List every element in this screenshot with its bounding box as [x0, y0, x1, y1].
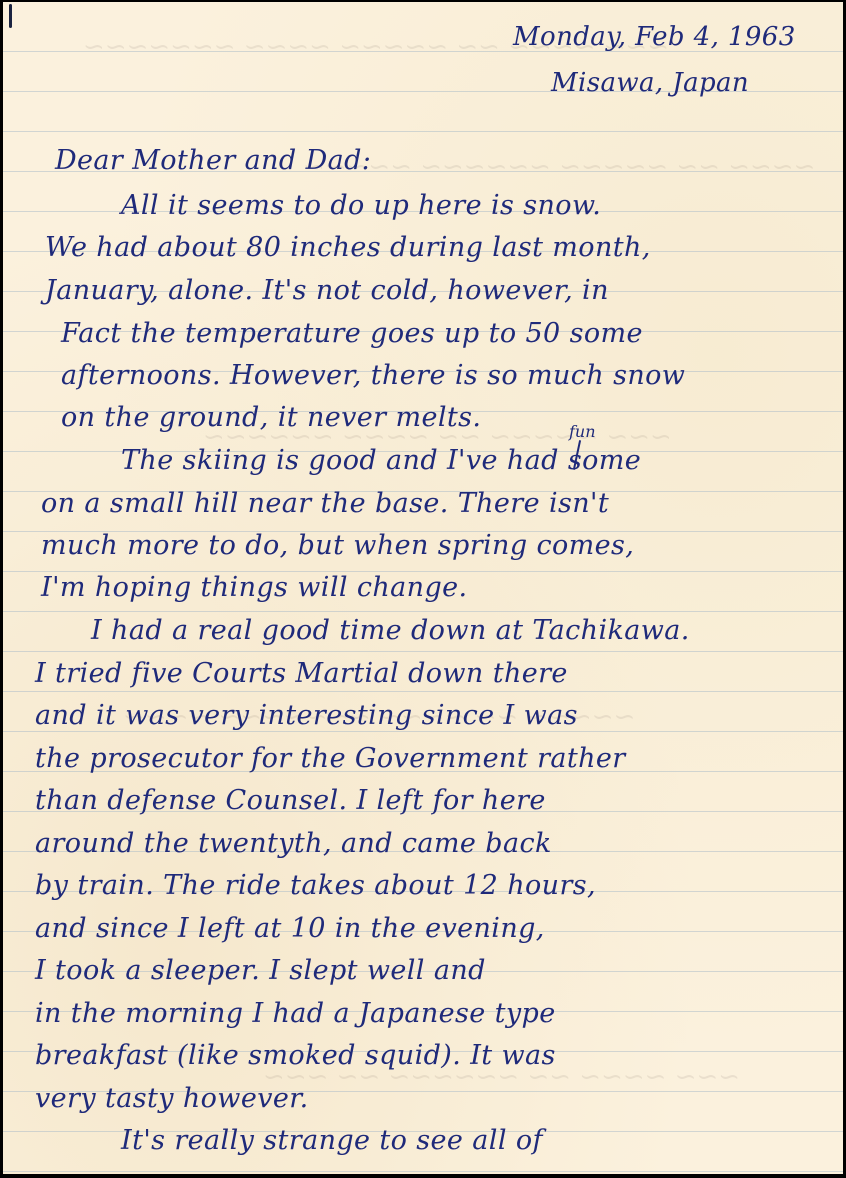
letter-line: very tasty however.: [35, 1085, 309, 1112]
letter-line: much more to do, but when spring comes,: [41, 532, 634, 559]
bleed-through-text: ~~~~ ~~ ~~~~~ ~~~~~~ ~~~~~: [303, 152, 815, 182]
scan-frame: ~~~ ~~~~ ~~ ~~~~~ ~~~~ ~~~~~~~ ~~~~ ~~ ~…: [0, 0, 846, 1178]
letter-line: All it seems to do up here is snow.: [121, 192, 601, 219]
letter-line: the prosecutor for the Government rather: [35, 745, 626, 772]
letter-date: Monday, Feb 4, 1963: [513, 24, 796, 50]
letter-line: It's really strange to see all of: [121, 1127, 543, 1154]
letter-line: breakfast (like smoked squid). It was: [35, 1042, 556, 1069]
letter-line: I took a sleeper. I slept well and: [35, 957, 486, 984]
salutation: Dear Mother and Dad:: [55, 147, 371, 174]
inserted-word: fun: [569, 422, 596, 441]
letter-line: on the ground, it never melts.: [61, 404, 481, 431]
letter-line: January, alone. It's not cold, however, …: [45, 277, 609, 304]
letter-line: on a small hill near the base. There isn…: [41, 490, 609, 517]
letter-line: and it was very interesting since I was: [35, 702, 578, 729]
letter-line: and since I left at 10 in the evening,: [35, 915, 545, 942]
letter-line: I had a real good time down at Tachikawa…: [91, 617, 690, 644]
letter-line: than defense Counsel. I left for here: [35, 787, 546, 814]
letter-line: We had about 80 inches during last month…: [45, 234, 651, 261]
letter-line: Fact the temperature goes up to 50 some: [61, 320, 643, 347]
letter-place: Misawa, Japan: [551, 70, 749, 96]
letter-line: around the twentyth, and came back: [35, 830, 552, 857]
letter-page: ~~~ ~~~~ ~~ ~~~~~ ~~~~ ~~~~~~~ ~~~~ ~~ ~…: [3, 2, 843, 1174]
margin-mark: [9, 4, 12, 28]
letter-line: by train. The ride takes about 12 hours,: [35, 872, 596, 899]
letter-line: in the morning I had a Japanese type: [35, 1000, 556, 1027]
letter-line: afternoons. However, there is so much sn…: [61, 362, 685, 389]
letter-line: The skiing is good and I've had some: [121, 447, 641, 474]
letter-line: I tried five Courts Martial down there: [35, 660, 568, 687]
letter-line: I'm hoping things will change.: [41, 574, 468, 601]
